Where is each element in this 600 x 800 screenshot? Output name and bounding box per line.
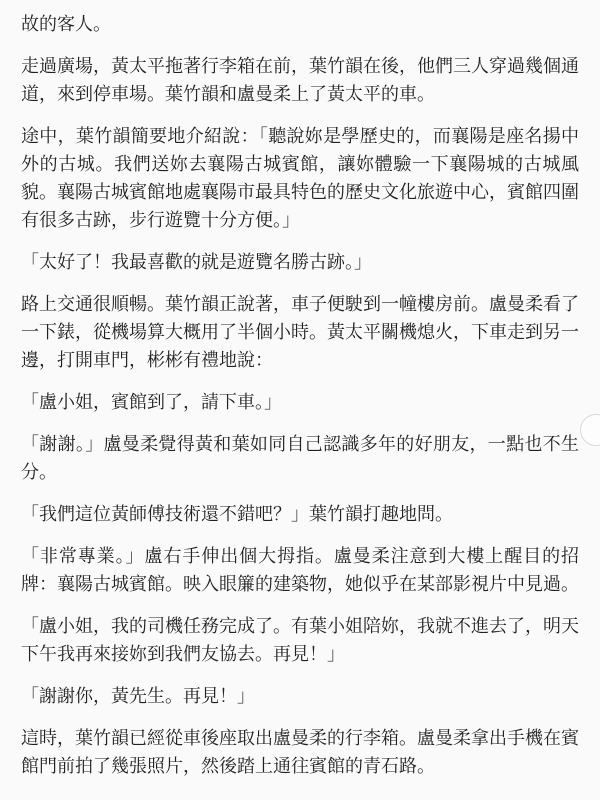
- paragraph: 「非常專業。」盧右手伸出個大拇指。盧曼柔注意到大樓上醒目的招牌：襄陽古城賓館。映…: [21, 542, 579, 598]
- reader-page[interactable]: 故的客人。 走過廣場，黃太平拖著行李箱在前，葉竹韻在後，他們三人穿過幾個通道，來…: [0, 0, 600, 800]
- paragraph: 這時，葉竹韻已經從車後座取出盧曼柔的行李箱。盧曼柔拿出手機在賓館門前拍了幾張照片…: [21, 724, 579, 780]
- paragraph: 故的客人。: [21, 10, 579, 38]
- paragraph: 「盧小姐，賓館到了，請下車。」: [21, 388, 579, 416]
- paragraph: 途中，葉竹韻簡要地介紹說：「聽說妳是學歷史的，而襄陽是座名揚中外的古城。我們送妳…: [21, 122, 579, 234]
- paragraph: 路上交通很順暢。葉竹韻正說著，車子便駛到一幢樓房前。盧曼柔看了一下錶，從機場算大…: [21, 290, 579, 374]
- paragraph: 走過廣場，黃太平拖著行李箱在前，葉竹韻在後，他們三人穿過幾個通道，來到停車場。葉…: [21, 52, 579, 108]
- paragraph: 「謝謝你，黃先生。再見！」: [21, 682, 579, 710]
- paragraph: 「盧小姐，我的司機任務完成了。有葉小姐陪妳，我就不進去了，明天下午我再來接妳到我…: [21, 612, 579, 668]
- paragraph: 「太好了！我最喜歡的就是遊覽名勝古跡。」: [21, 248, 579, 276]
- paragraph: 「我們這位黃師傅技術還不錯吧？」葉竹韻打趣地問。: [21, 500, 579, 528]
- paragraph: 「謝謝。」盧曼柔覺得黃和葉如同自己認識多年的好朋友，一點也不生分。: [21, 430, 579, 486]
- reader-content: 故的客人。 走過廣場，黃太平拖著行李箱在前，葉竹韻在後，他們三人穿過幾個通道，來…: [0, 0, 600, 780]
